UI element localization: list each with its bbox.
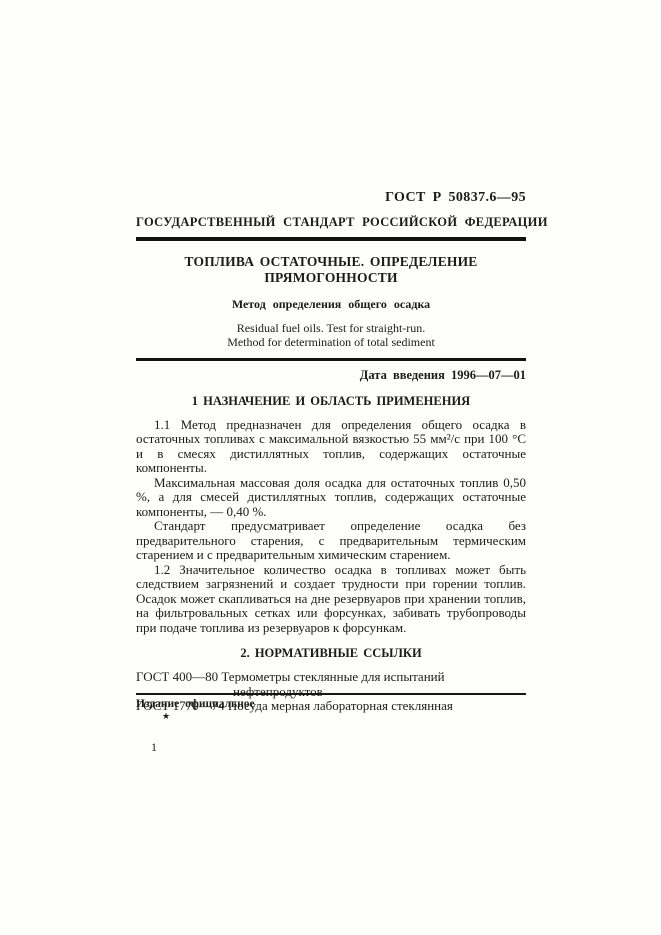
footnote-star-icon: ★: [162, 711, 526, 721]
effective-date: Дата введения 1996—07—01: [136, 368, 526, 383]
footer-rule: [136, 693, 526, 695]
doc-title-ru: ТОПЛИВА ОСТАТОЧНЫЕ. ОПРЕДЕЛЕНИЕ ПРЯМОГОН…: [136, 254, 526, 286]
paragraph: Максимальная массовая доля осадка для ос…: [136, 476, 526, 520]
doc-title-en-line: Residual fuel oils. Test for straight-ru…: [136, 321, 526, 335]
doc-title-en: Residual fuel oils. Test for straight-ru…: [136, 321, 526, 349]
header-rule-medium: [136, 358, 526, 361]
org-header: ГОСУДАРСТВЕННЫЙ СТАНДАРТ РОССИЙСКОЙ ФЕДЕ…: [136, 215, 526, 230]
section-1-heading: 1 НАЗНАЧЕНИЕ И ОБЛАСТЬ ПРИМЕНЕНИЯ: [136, 394, 526, 409]
paragraph: 1.1 Метод предназначен для определения о…: [136, 418, 526, 476]
page-content: ГОСТ Р 50837.6—95 ГОСУДАРСТВЕННЫЙ СТАНДА…: [136, 0, 526, 714]
doc-subtitle-ru: Метод определения общего осадка: [136, 297, 526, 312]
doc-title-en-line: Method for determination of total sedime…: [136, 335, 526, 349]
section-2-heading: 2. НОРМАТИВНЫЕ ССЫЛКИ: [136, 646, 526, 661]
page-footer: Издание официальное ★: [136, 693, 526, 721]
paragraph: 1.2 Значительное количество осадка в топ…: [136, 563, 526, 636]
edition-note: Издание официальное: [136, 698, 526, 710]
page-number: 1: [151, 740, 157, 755]
document-page: ГОСТ Р 50837.6—95 ГОСУДАРСТВЕННЫЙ СТАНДА…: [0, 0, 661, 935]
header-rule-thick: [136, 237, 526, 241]
doc-code: ГОСТ Р 50837.6—95: [136, 190, 526, 206]
paragraph: Стандарт предусматривает определение оса…: [136, 519, 526, 563]
section-1-body: 1.1 Метод предназначен для определения о…: [136, 418, 526, 636]
